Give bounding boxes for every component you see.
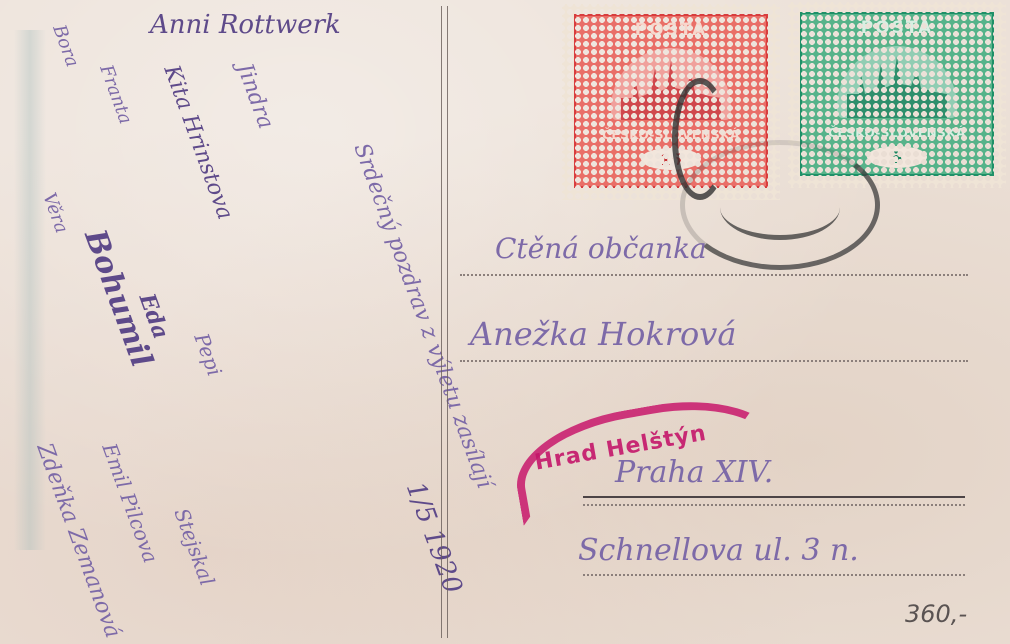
signature-9: Emil Pilcova	[97, 440, 162, 566]
castle-icon	[837, 46, 957, 118]
postmark-inner-ring	[720, 175, 840, 240]
handwritten-heading: Anni Rottwerk	[150, 10, 341, 40]
stamp-value: 5	[867, 146, 927, 168]
signature-10: Stejskal	[169, 505, 219, 589]
stamp-header: POSTA	[635, 20, 708, 40]
address-rule-2	[460, 360, 968, 362]
signature-6: Pepi	[189, 330, 226, 379]
address-rule-1	[460, 274, 968, 276]
address-underline	[583, 496, 965, 498]
postcard-back: Anni Rottwerk Srdečný pozdrav z výletu z…	[0, 0, 1010, 644]
address-line-2: Anežka Hokrová	[470, 315, 736, 353]
signature-4: Franta	[95, 62, 136, 127]
center-divider	[441, 6, 448, 638]
address-line-1: Ctěná občanka	[495, 232, 707, 265]
price-pencil-note: 360,-	[905, 600, 967, 628]
castle-seal-stamp: Hrad Helštýn	[507, 386, 777, 510]
address-line-3: Praha XIV.	[615, 455, 773, 490]
stamp-header: POSTA	[861, 18, 934, 38]
signature-2: Kita Hrinstova	[159, 62, 238, 223]
signature-3: Bora	[48, 22, 83, 70]
address-rule-4	[583, 574, 965, 576]
stamp-country: ČESKO-SLOVENSKÁ	[828, 126, 966, 140]
address-line-4: Schnellova ul. 3 n.	[578, 533, 859, 568]
address-rule-3	[583, 504, 965, 506]
signature-1: Jindra	[232, 60, 279, 132]
handwritten-date: 1/5 1920	[400, 478, 468, 598]
